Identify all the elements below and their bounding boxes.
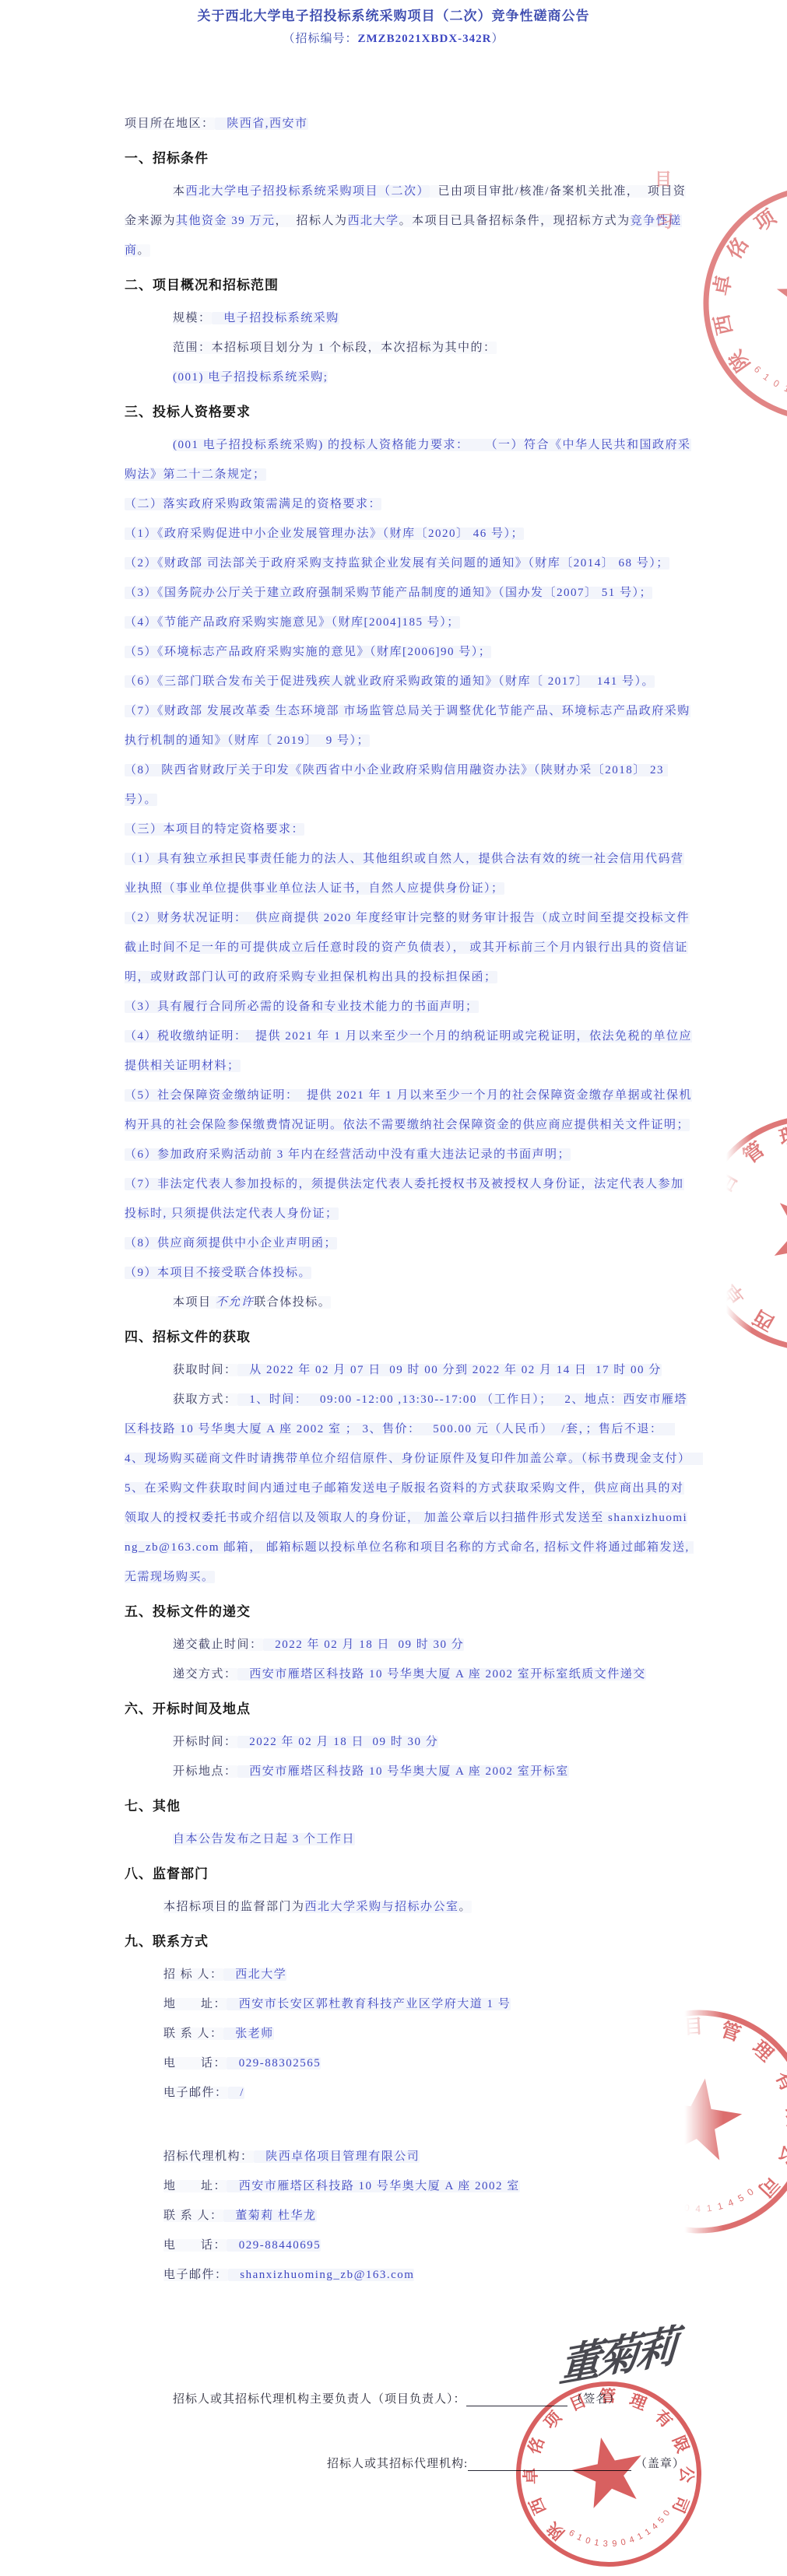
text-segment: 西北大学电子招投标系统采购项目（二次）	[186, 185, 430, 198]
paragraph: （8）供应商须提供中小企业声明函；	[125, 1228, 694, 1258]
text-segment: shanxizhuoming_zb@163.com	[228, 2269, 415, 2281]
text-segment: （3）《国务院办公厅关于建立政府强制采购节能产品制度的通知》（国办发〔2007〕…	[125, 587, 652, 599]
tender-number-line: （招标编号：ZMZB2021XBDX-342R）	[0, 30, 787, 46]
company-seal-icon: 陕西卓佲项目管理有限公司6101390411450	[693, 175, 787, 436]
text-segment: 2022 年 02 月 18 日 09 时 30 分	[263, 1638, 465, 1651]
section-heading: 二、项目概况和招标范围	[125, 269, 694, 302]
paragraph: 开标地点： 西安市雁塔区科技路 10 号华奥大厦 A 座 2002 室开标室	[125, 1757, 694, 1786]
svg-text:1: 1	[636, 2532, 645, 2542]
paragraph: 电子邮件： shanxizhuoming_zb@163.com	[125, 2260, 694, 2290]
text-segment: 西安市雁塔区科技路 10 号华奥大厦 A 座 2002 室	[227, 2180, 520, 2192]
section-heading: 五、投标文件的递交	[125, 1596, 694, 1628]
svg-text:司: 司	[669, 2494, 691, 2515]
text-segment: 开标时间：	[173, 1736, 237, 1748]
text-segment: 范围：本招标项目划分为 1 个标段，本次招标为其中的：	[173, 342, 497, 354]
tender-number-value: ZMZB2021XBDX-342R	[357, 33, 491, 45]
paragraph: (001 电子招投标系统采购) 的投标人资格能力要求： （一）符合《中华人民共和…	[125, 430, 694, 489]
paragraph: （1）具有独立承担民事责任能力的法人、其他组织或自然人，提供合法有效的统一社会信…	[125, 844, 694, 903]
text-segment: 联 系 人：	[163, 2028, 223, 2040]
paragraph: （3）具有履行合同所必需的设备和专业技术能力的书面声明；	[125, 992, 694, 1022]
paragraph: 规模： 电子招投标系统采购	[125, 303, 694, 333]
text-segment: 其他资金 39 万元	[176, 215, 276, 227]
svg-text:限: 限	[782, 2108, 787, 2128]
text-segment: 2022 年 02 月 18 日 09 时 30 分	[237, 1736, 439, 1748]
paragraph: （4）税收缴纳证明： 提供 2021 年 1 月以来至少一个月的纳税证明或完税证…	[125, 1022, 694, 1081]
text-segment: 029-88440695	[227, 2239, 321, 2252]
text-segment: （1）《政府采购促进中小企业发展管理办法》（财库〔2020〕 46 号）；	[125, 527, 524, 540]
svg-text:公: 公	[775, 2142, 787, 2168]
text-segment: 不允许	[216, 1296, 255, 1309]
svg-text:理: 理	[777, 1122, 787, 1150]
svg-text:1: 1	[782, 383, 787, 395]
paragraph: 招 标 人： 西北大学	[125, 1960, 694, 1989]
text-segment: 本	[173, 185, 186, 198]
text-segment: 九、联系方式	[125, 1934, 209, 1949]
text-segment: 地 址：	[163, 2180, 227, 2192]
paragraph: 递交截止时间： 2022 年 02 月 18 日 09 时 30 分	[125, 1630, 694, 1660]
paragraph: （5）社会保障资金缴纳证明： 提供 2021 年 1 月以来至少一个月的社会保障…	[125, 1081, 694, 1140]
svg-text:6: 6	[752, 364, 764, 376]
text-segment: 联 系 人：	[163, 2210, 223, 2222]
svg-text:管: 管	[599, 2387, 616, 2406]
paragraph: (001) 电子招投标系统采购;	[125, 363, 694, 392]
text-segment: 。	[138, 244, 151, 257]
text-segment: 递交方式：	[173, 1668, 237, 1681]
text-segment: 西安市雁塔区科技路 10 号华奥大厦 A 座 2002 室开标室	[237, 1765, 569, 1778]
paragraph: 自本公告发布之日起 3 个工作日	[125, 1824, 694, 1854]
svg-text:1: 1	[706, 2203, 713, 2214]
svg-text:4: 4	[695, 2203, 701, 2214]
signature-line2-label: 招标人或其招标代理机构:	[327, 2458, 468, 2470]
text-segment: 获取时间：	[173, 1364, 237, 1376]
text-segment: 规模：	[173, 312, 212, 324]
text-segment: 电子邮件：	[163, 2087, 228, 2099]
text-segment: 西北大学	[223, 1968, 287, 1981]
svg-text:0: 0	[641, 2185, 652, 2196]
paragraph: 本项目 不允许联合体投标。	[125, 1288, 694, 1317]
page-title: 关于西北大学电子招投标系统采购项目（二次）竞争性磋商公告	[0, 5, 787, 24]
paragraph: （6）《三部门联合发布关于促进残疾人就业政府采购政策的通知》（财库〔 2017〕…	[125, 667, 694, 696]
text-segment: (001) 电子招投标系统采购;	[173, 371, 328, 384]
text-segment: 。本项目已具备招标条件，现招标方式为	[399, 215, 631, 227]
svg-text:卓: 卓	[522, 2468, 541, 2485]
text-segment: （2）财务状况证明： 供应商提供 2020 年度经审计完整的财务审计报告（成立时…	[125, 912, 690, 983]
text-segment: 六、开标时间及地点	[125, 1702, 251, 1716]
text-segment: 五、投标文件的递交	[125, 1604, 251, 1619]
text-segment: 陕西卓佲项目管理有限公司	[254, 2150, 420, 2163]
svg-text:3: 3	[603, 2539, 608, 2549]
paragraph: 本招标项目的监督部门为西北大学采购与招标办公室。	[125, 1892, 694, 1922]
svg-text:西: 西	[592, 2119, 616, 2140]
svg-text:4: 4	[628, 2535, 636, 2545]
text-segment: （8）供应商须提供中小企业声明函；	[125, 1237, 337, 1249]
svg-text:佲: 佲	[702, 1246, 730, 1272]
text-segment: 陕西省,西安市	[215, 117, 308, 130]
section-heading: 四、招标文件的获取	[125, 1321, 694, 1354]
paragraph: （三）本项目的特定资格要求：	[125, 815, 694, 844]
text-segment: 西北大学采购与招标办公室	[305, 1901, 459, 1913]
paragraph: （3）《国务院办公厅关于建立政府强制采购节能产品制度的通知》（国办发〔2007〕…	[125, 578, 694, 608]
svg-text:1: 1	[575, 2532, 584, 2543]
svg-text:5: 5	[736, 2192, 746, 2204]
svg-text:3: 3	[661, 2196, 670, 2209]
text-segment: 招 标 人：	[163, 1968, 223, 1981]
paragraph: 获取方式： 1、时间： 09:00 -12:00 ,13:30--17:00 （…	[125, 1385, 694, 1592]
svg-text:限: 限	[669, 2434, 691, 2455]
tender-number-label: （招标编号：	[283, 33, 357, 45]
text-segment: （4）《节能产品政府采购实施意见》（财库[2004]185 号）；	[125, 616, 460, 629]
stamp-fragment-icon: 习	[656, 209, 673, 233]
text-segment: 西安市雁塔区科技路 10 号华奥大厦 A 座 2002 室开标室纸质文件递交	[237, 1668, 646, 1681]
text-segment: （1）具有独立承担民事责任能力的法人、其他组织或自然人，提供合法有效的统一社会信…	[125, 853, 684, 895]
text-segment: 从 2022 年 02 月 07 日 09 时 00 分到 2022 年 02 …	[237, 1364, 662, 1376]
text-segment: /	[228, 2087, 244, 2099]
text-segment: （5）《环境标志产品政府采购实施的意见》（财库[2006]90 号）；	[125, 646, 491, 658]
svg-text:4: 4	[650, 2522, 660, 2532]
text-segment: 1、时间： 09:00 -12:00 ,13:30--17:00 （工作日）； …	[125, 1393, 703, 1583]
text-segment: 三、投标人资格要求	[125, 405, 251, 419]
svg-text:1: 1	[593, 2538, 599, 2548]
text-segment: 电 话：	[163, 2239, 227, 2252]
text-segment: （2）《财政部 司法部关于政府采购支持监狱企业发展有关问题的通知》（财库〔201…	[125, 557, 669, 570]
section-heading: 六、开标时间及地点	[125, 1693, 694, 1726]
text-segment: 二、项目概况和招标范围	[125, 278, 279, 293]
svg-text:5: 5	[656, 2515, 666, 2525]
text-segment: 八、监督部门	[125, 1866, 209, 1881]
paragraph: （7）非法定代表人参加投标的，须提供法定代表人委托授权书及被授权人身份证，法定代…	[125, 1169, 694, 1228]
text-segment: 电子招投标系统采购	[212, 312, 339, 324]
paragraph: （1）《政府采购促进中小企业发展管理办法》（财库〔2020〕 46 号）；	[125, 519, 694, 548]
text-segment: （3）具有履行合同所必需的设备和专业技术能力的书面声明；	[125, 1001, 479, 1013]
text-segment: 地 址：	[163, 1998, 227, 2010]
text-segment: 本项目	[173, 1296, 216, 1309]
svg-text:0: 0	[745, 2186, 756, 2198]
svg-text:0: 0	[771, 377, 782, 390]
text-segment: （8） 陕西省财政厅关于印发《陕西省中小企业政府采购信用融资办法》（陕财办采〔2…	[125, 764, 668, 806]
text-segment: 西北大学	[348, 215, 399, 227]
section-heading: 三、投标人资格要求	[125, 396, 694, 429]
text-segment: （6）参加政府采购活动前 3 年内在经营活动中没有重大违法记录的书面声明；	[125, 1148, 571, 1161]
paragraph: （6）参加政府采购活动前 3 年内在经营活动中没有重大违法记录的书面声明；	[125, 1140, 694, 1169]
company-seal-icon: 陕西卓佲项目管理有限公司6101390411450	[685, 1105, 787, 1365]
text-segment: (001 电子招投标系统采购) 的投标人资格能力要求： （一）符合《中华人民共和…	[125, 439, 691, 481]
text-segment: 029-88302565	[227, 2057, 321, 2070]
paragraph: （2）财务状况证明： 供应商提供 2020 年度经审计完整的财务审计报告（成立时…	[125, 903, 694, 992]
text-segment: （4）税收缴纳证明： 提供 2021 年 1 月以来至少一个月的纳税证明或完税证…	[125, 1030, 692, 1072]
paragraph: 范围：本招标项目划分为 1 个标段，本次招标为其中的：	[125, 333, 694, 363]
svg-text:1: 1	[716, 2200, 724, 2212]
text-segment: 自本公告发布之日起 3 个工作日	[173, 1833, 355, 1845]
company-seal-icon: 陕西卓佲项目管理有限公司6101390411450	[511, 2376, 707, 2576]
svg-text:6: 6	[624, 2170, 636, 2181]
svg-text:卓: 卓	[709, 273, 736, 297]
svg-text:1: 1	[761, 371, 772, 383]
svg-text:西: 西	[710, 313, 737, 338]
text-segment: 递交截止时间：	[173, 1638, 263, 1651]
svg-text:9: 9	[612, 2539, 617, 2548]
text-segment: 西安市长安区郭杜教育科技产业区学府大道 1 号	[227, 1998, 511, 2010]
paragraph: 开标时间： 2022 年 02 月 18 日 09 时 30 分	[125, 1727, 694, 1757]
svg-text:0: 0	[620, 2538, 626, 2548]
text-segment: 董菊莉 杜华龙	[223, 2210, 317, 2222]
svg-text:4: 4	[726, 2196, 736, 2209]
document-body: 项目所在地区： 陕西省,西安市一、招标条件本西北大学电子招投标系统采购项目（二次…	[125, 109, 694, 2290]
paragraph: （2）《财政部 司法部关于政府采购支持监狱企业发展有关问题的通知》（财库〔201…	[125, 548, 694, 578]
company-seal-icon: 陕西卓佲项目管理有限公司6101390411450	[578, 2001, 787, 2246]
text-segment: （5）社会保障资金缴纳证明： 提供 2021 年 1 月以来至少一个月的社会保障…	[125, 1089, 692, 1131]
text-segment: （二）落实政府采购政策需满足的资格要求：	[125, 498, 381, 510]
svg-text:1: 1	[632, 2178, 644, 2189]
text-segment: 四、招标文件的获取	[125, 1330, 251, 1344]
section-heading: 八、监督部门	[125, 1858, 694, 1891]
text-segment: 联合体投标。	[254, 1296, 331, 1309]
text-segment: （7）《财政部 发展改革委 生态环境部 市场监管总局关于调整优化节能产品、环境标…	[125, 705, 690, 747]
text-segment: （9）本项目不接受联合体投标。	[125, 1267, 311, 1279]
paragraph: 获取时间： 从 2022 年 02 月 07 日 09 时 00 分到 2022…	[125, 1355, 694, 1385]
text-segment: 电 话：	[163, 2057, 227, 2070]
svg-text:9: 9	[672, 2199, 680, 2211]
svg-text:有: 有	[771, 2068, 787, 2095]
announcement-document: 关于西北大学电子招投标系统采购项目（二次）竞争性磋商公告 （招标编号：ZMZB2…	[0, 0, 787, 2576]
paragraph: 递交方式： 西安市雁塔区科技路 10 号华奥大厦 A 座 2002 室开标室纸质…	[125, 1660, 694, 1689]
paragraph: （7）《财政部 发展改革委 生态环境部 市场监管总局关于调整优化节能产品、环境标…	[125, 696, 694, 755]
text-segment: 本招标项目的监督部门为	[163, 1901, 305, 1913]
svg-text:1: 1	[651, 2191, 661, 2203]
text-segment: 开标地点：	[173, 1765, 237, 1778]
paragraph: （4）《节能产品政府采购实施意见》（财库[2004]185 号）；	[125, 608, 694, 637]
svg-text:0: 0	[585, 2536, 592, 2546]
text-segment: 获取方式：	[173, 1393, 237, 1406]
svg-text:1: 1	[643, 2527, 652, 2537]
section-heading: 七、其他	[125, 1790, 694, 1823]
text-segment: （三）本项目的特定资格要求：	[125, 823, 304, 836]
paragraph: （8） 陕西省财政厅关于印发《陕西省中小企业政府采购信用融资办法》（陕财办采〔2…	[125, 755, 694, 815]
tender-number-close: ）	[492, 33, 504, 45]
signature-line1-label: 招标人或其招标代理机构主要负责人（项目负责人）：	[173, 2393, 466, 2406]
section-heading: 一、招标条件	[125, 142, 694, 175]
svg-text:0: 0	[683, 2203, 690, 2214]
section-heading: 九、联系方式	[125, 1926, 694, 1958]
paragraph: （9）本项目不接受联合体投标。	[125, 1258, 694, 1288]
text-segment: 。	[459, 1901, 473, 1913]
svg-text:0: 0	[662, 2508, 672, 2518]
text-segment: 张老师	[223, 2028, 274, 2040]
text-segment: 七、其他	[125, 1799, 181, 1814]
svg-text:项: 项	[701, 1207, 727, 1231]
paragraph: 本西北大学电子招投标系统采购项目（二次） 已由项目审批/核准/备案机关批准， 项…	[125, 177, 694, 265]
text-segment: 电子邮件：	[163, 2269, 228, 2281]
text-segment: （7）非法定代表人参加投标的，须提供法定代表人委托授权书及被授权人身份证，法定代…	[125, 1178, 684, 1220]
text-segment: 一、招标条件	[125, 151, 209, 166]
paragraph: （二）落实政府采购政策需满足的资格要求：	[125, 489, 694, 519]
text-segment: 招标代理机构：	[163, 2150, 254, 2163]
text-segment: 项目所在地区：	[125, 117, 215, 130]
svg-text:6: 6	[567, 2529, 577, 2539]
stamp-fragment-icon: 目	[655, 166, 672, 191]
svg-text:公: 公	[677, 2466, 695, 2483]
paragraph: （5）《环境标志产品政府采购实施的意见》（财库[2006]90 号）；	[125, 637, 694, 667]
text-segment: （6）《三部门联合发布关于促进残疾人就业政府采购政策的通知》（财库〔 2017〕…	[125, 675, 655, 688]
paragraph: 项目所在地区： 陕西省,西安市	[125, 109, 694, 138]
svg-text:目: 目	[683, 2015, 704, 2038]
text-segment: ， 招标人为	[276, 215, 348, 227]
